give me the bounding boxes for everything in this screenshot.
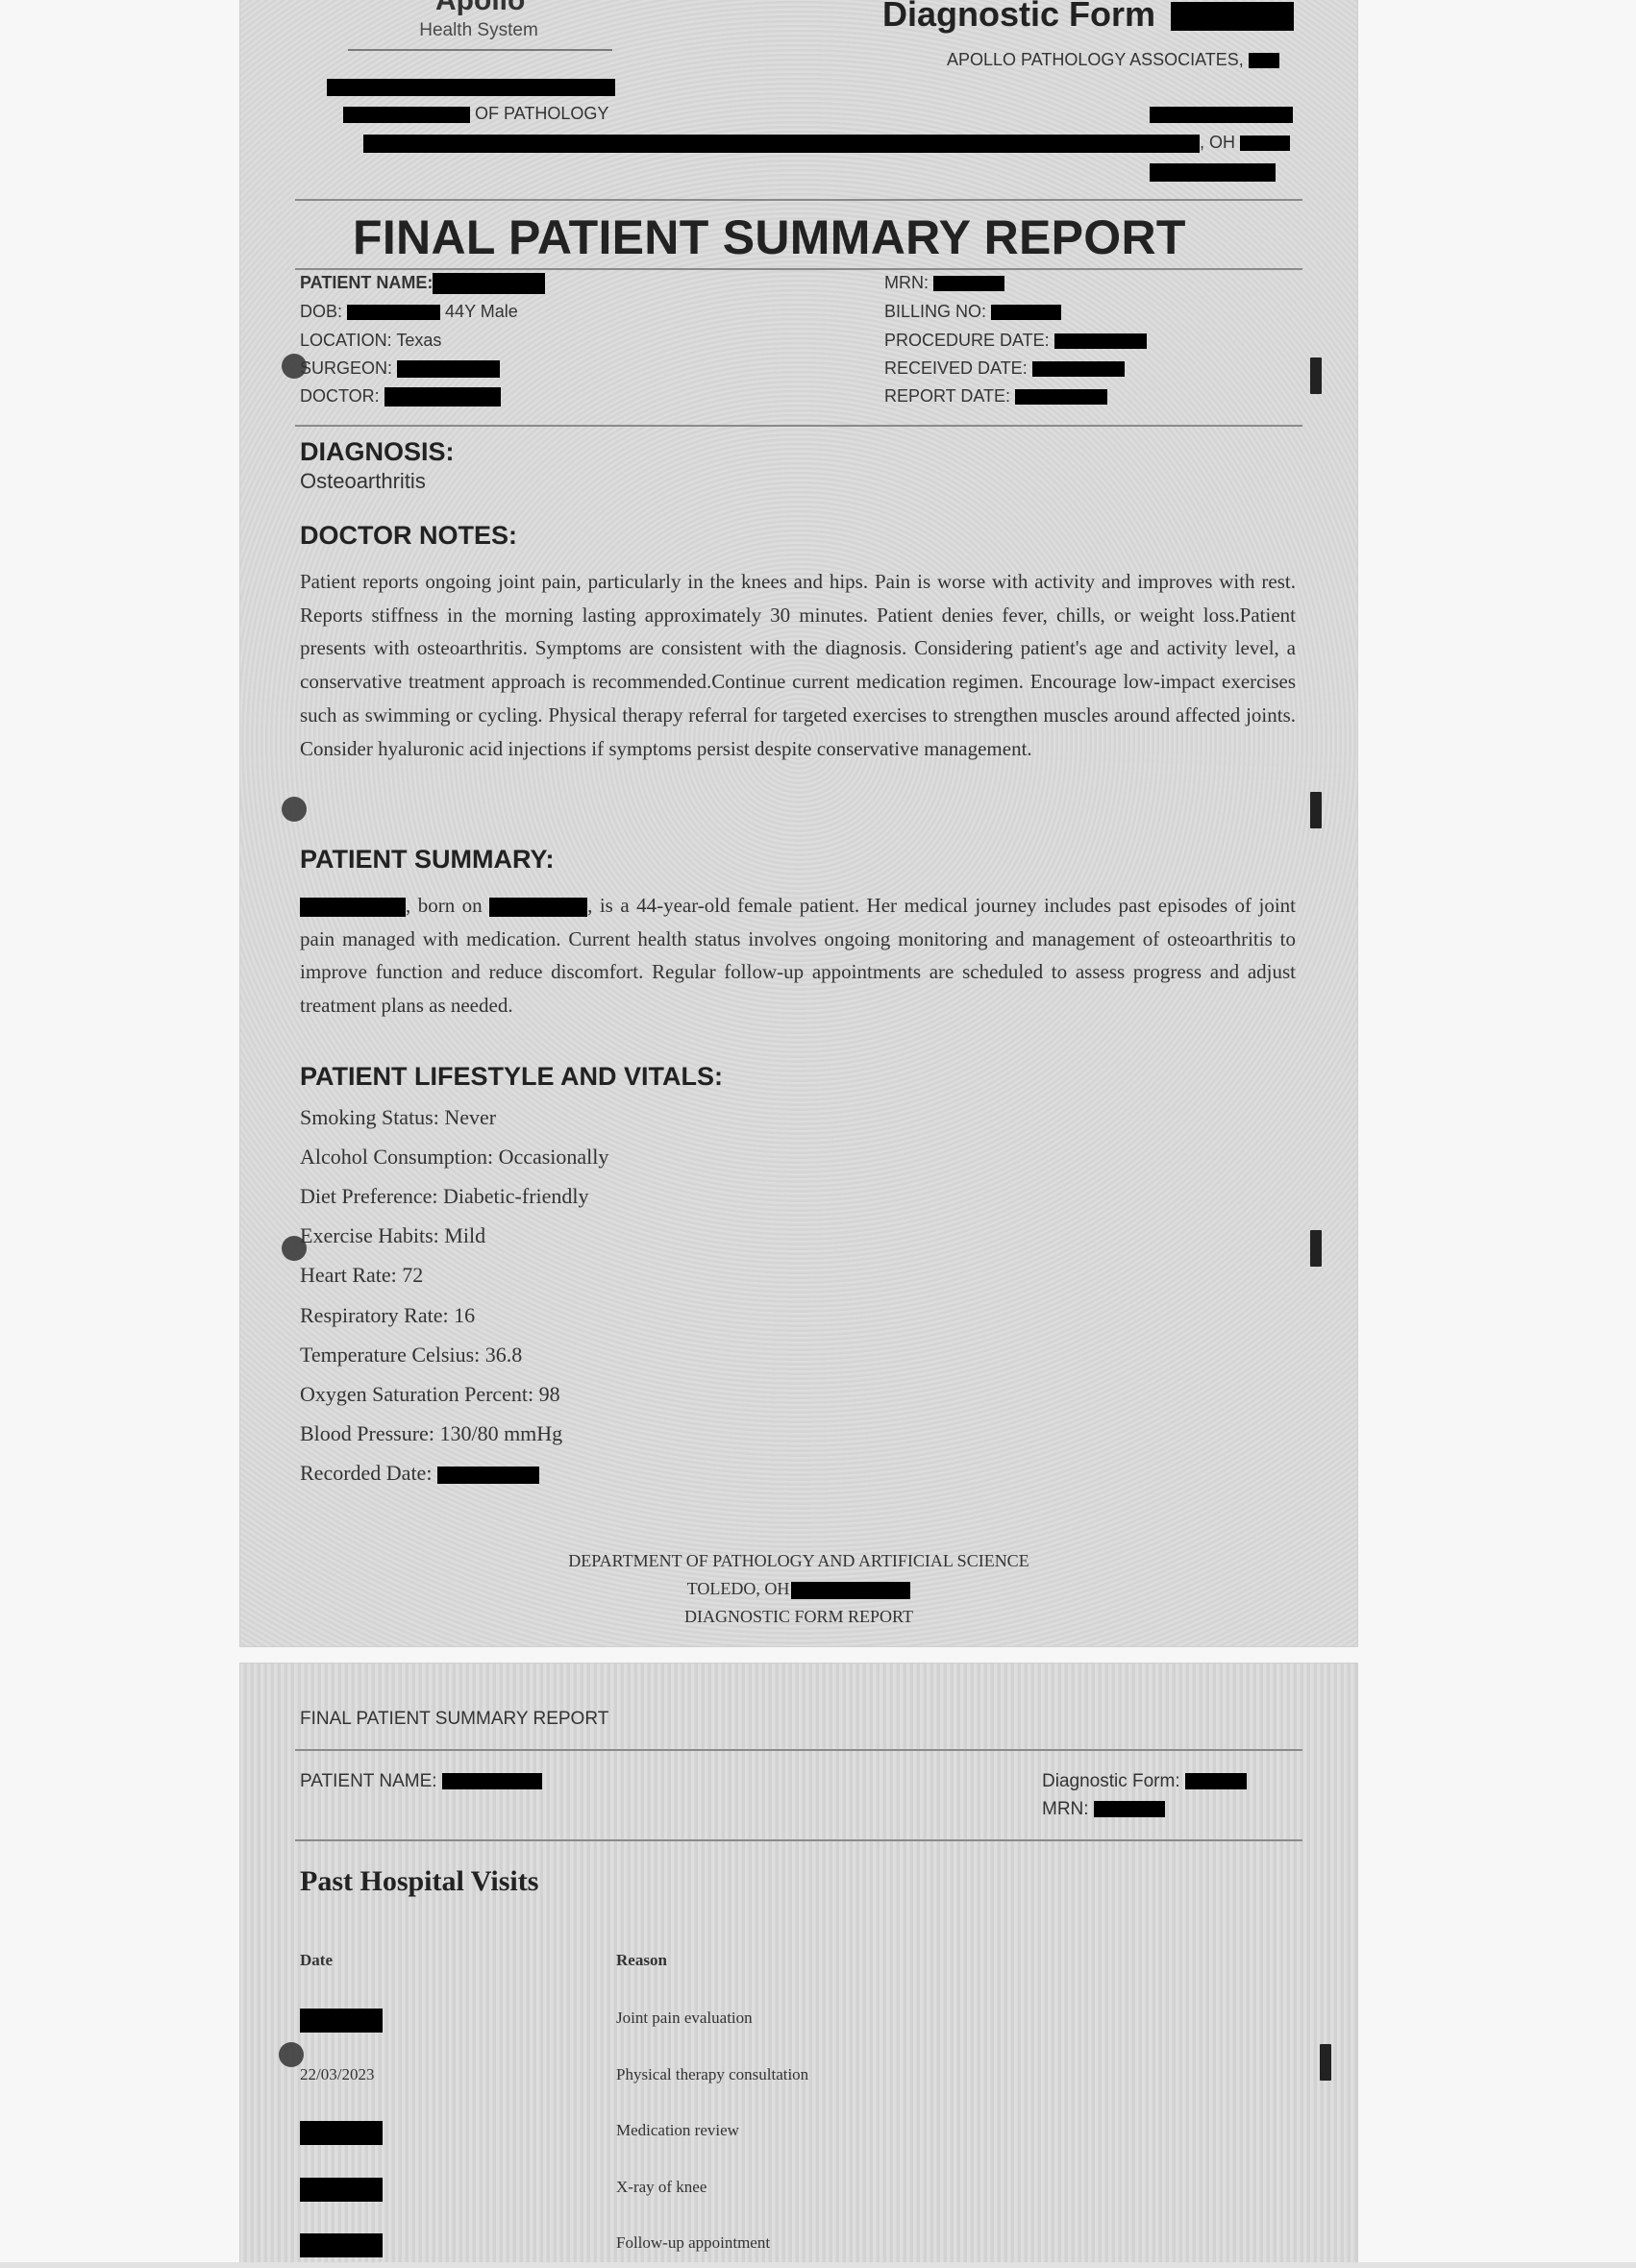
redacted-received-date — [1032, 361, 1125, 377]
surgeon-label: SURGEON: — [300, 358, 392, 378]
vital-value: Occasionally — [499, 1145, 609, 1169]
associates-line: APOLLO PATHOLOGY ASSOCIATES, — [947, 50, 1279, 70]
surgeon-field: SURGEON: — [300, 358, 500, 379]
page2-patient-name-label: PATIENT NAME: — [300, 1771, 437, 1791]
vital-value: 98 — [539, 1382, 560, 1406]
vital-label: Exercise Habits: — [300, 1223, 444, 1247]
redacted-form-number — [1171, 2, 1294, 31]
redacted-visit-date — [300, 2009, 383, 2033]
redacted-procedure-date — [1054, 333, 1147, 349]
patient-summary-text: , born on , is a 44-year-old female pati… — [300, 889, 1296, 1023]
vital-item: Recorded Date: — [300, 1461, 539, 1486]
diagnosis-heading: DIAGNOSIS: — [300, 437, 455, 467]
location-field: LOCATION: Texas — [300, 331, 441, 351]
vital-item: Smoking Status: Never — [300, 1105, 496, 1130]
info-divider — [295, 425, 1302, 427]
past-visits-heading: Past Hospital Visits — [300, 1865, 538, 1898]
punch-hole-mark — [282, 797, 307, 822]
location-value: Texas — [396, 331, 441, 350]
visit-date: 22/03/2023 — [300, 2065, 374, 2084]
page2-header-title: FINAL PATIENT SUMMARY REPORT — [300, 1709, 608, 1730]
vital-value: 72 — [402, 1263, 423, 1287]
page2-diagnostic-form: Diagnostic Form: — [1042, 1771, 1247, 1792]
redacted-page2-name — [442, 1773, 542, 1789]
redacted-zip — [1240, 136, 1290, 151]
vital-label: Diet Preference: — [300, 1184, 443, 1208]
redacted-associates-suffix — [1249, 53, 1279, 68]
scan-registration-mark — [1310, 1230, 1322, 1267]
footer-department: DEPARTMENT OF PATHOLOGY AND ARTIFICIAL S… — [240, 1551, 1357, 1571]
form-title-text: Diagnostic Form — [882, 0, 1155, 34]
visit-reason: Medication review — [616, 2121, 739, 2140]
received-date-field: RECEIVED DATE: — [884, 358, 1125, 379]
redacted-patient-name — [433, 273, 545, 294]
vital-label: Recorded Date: — [300, 1461, 437, 1485]
doctor-label: DOCTOR: — [300, 386, 380, 406]
patient-name-field: PATIENT NAME: — [300, 273, 545, 294]
vital-item: Exercise Habits: Mild — [300, 1223, 485, 1248]
logo-name: Apollo — [435, 0, 522, 17]
redacted-vital-value — [437, 1467, 539, 1484]
redacted-page2-form — [1185, 1773, 1247, 1789]
vital-value: 16 — [454, 1303, 475, 1327]
vital-label: Alcohol Consumption: — [300, 1145, 499, 1169]
page2-info-divider — [295, 1839, 1302, 1841]
vital-item: Temperature Celsius: 36.8 — [300, 1343, 522, 1368]
address-line: , OH — [363, 133, 1290, 153]
procedure-date-field: PROCEDURE DATE: — [884, 331, 1147, 351]
redacted-dept — [343, 107, 470, 123]
report-title: FINAL PATIENT SUMMARY REPORT — [353, 210, 1186, 265]
vital-value: Diabetic-friendly — [443, 1184, 589, 1208]
visit-reason: Physical therapy consultation — [616, 2065, 808, 2084]
location-label: LOCATION: — [300, 331, 392, 350]
redacted-page2-mrn — [1094, 1801, 1165, 1817]
state-suffix: , OH — [1200, 133, 1235, 152]
report-page-1: Apollo Health System OF PATHOLOGY , OH D… — [240, 0, 1357, 1646]
redacted-visit-date — [300, 2121, 383, 2145]
billing-field: BILLING NO: — [884, 302, 1061, 322]
header-divider — [295, 199, 1302, 201]
scan-registration-mark — [1320, 2044, 1331, 2081]
redacted-visit-date — [300, 2178, 383, 2202]
vital-label: Temperature Celsius: — [300, 1343, 485, 1367]
redacted-address — [363, 135, 1200, 153]
page2-diag-form-label: Diagnostic Form: — [1042, 1771, 1180, 1791]
visit-reason: Follow-up appointment — [616, 2233, 770, 2253]
visit-date — [300, 2233, 383, 2257]
vital-label: Smoking Status: — [300, 1105, 444, 1129]
footer-city: TOLEDO, OH — [240, 1579, 1357, 1599]
visit-reason: X-ray of knee — [616, 2178, 706, 2197]
redacted-visit-date — [300, 2233, 383, 2257]
redacted-dob — [347, 305, 440, 320]
visit-date — [300, 2121, 383, 2145]
redacted-surgeon — [397, 360, 500, 378]
mrn-field: MRN: — [884, 273, 1004, 293]
visits-col-date: Date — [300, 1951, 333, 1970]
footer-city-text: TOLEDO, OH — [687, 1579, 790, 1598]
lifestyle-heading: PATIENT LIFESTYLE AND VITALS: — [300, 1062, 723, 1092]
billing-label: BILLING NO: — [884, 302, 986, 321]
redacted-doctor — [384, 387, 501, 407]
vital-value: Never — [444, 1105, 496, 1129]
redacted-report-date — [1015, 389, 1107, 405]
visit-date — [300, 2178, 383, 2202]
visit-date — [300, 2009, 383, 2033]
scan-registration-mark — [1310, 357, 1322, 394]
received-date-label: RECEIVED DATE: — [884, 358, 1028, 378]
dob-field: DOB: 44Y Male — [300, 302, 518, 322]
vital-value: 130/80 mmHg — [439, 1421, 562, 1445]
scan-registration-mark — [1310, 792, 1322, 828]
logo-divider — [348, 49, 612, 51]
redacted-footer-zip — [791, 1582, 910, 1599]
visit-reason: Joint pain evaluation — [616, 2009, 753, 2028]
vital-item: Heart Rate: 72 — [300, 1263, 423, 1288]
viewer-bottom-edge — [0, 2262, 1636, 2268]
vital-label: Blood Pressure: — [300, 1421, 439, 1445]
redacted-right-line-1 — [1150, 107, 1293, 123]
vital-item: Diet Preference: Diabetic-friendly — [300, 1184, 589, 1209]
page2-patient-name: PATIENT NAME: — [300, 1771, 542, 1792]
vital-label: Heart Rate: — [300, 1263, 402, 1287]
dob-label: DOB: — [300, 302, 342, 321]
doctor-notes-text: Patient reports ongoing joint pain, part… — [300, 565, 1296, 765]
vital-label: Oxygen Saturation Percent: — [300, 1382, 539, 1406]
punch-hole-mark — [282, 354, 307, 379]
redacted-mrn — [933, 276, 1004, 291]
page2-mrn-label: MRN: — [1042, 1799, 1089, 1819]
patient-name-label: PATIENT NAME: — [300, 273, 433, 292]
diagnosis-value: Osteoarthritis — [300, 469, 426, 494]
doctor-field: DOCTOR: — [300, 386, 501, 407]
report-date-label: REPORT DATE: — [884, 386, 1010, 406]
punch-hole-mark — [279, 2042, 304, 2067]
vital-value: 36.8 — [485, 1343, 523, 1367]
redacted-summary-name — [300, 898, 406, 917]
dept-suffix: OF PATHOLOGY — [475, 104, 608, 123]
logo-subtitle: Health System — [416, 20, 541, 41]
doctor-notes-heading: DOCTOR NOTES: — [300, 521, 517, 551]
report-date-field: REPORT DATE: — [884, 386, 1107, 407]
redacted-billing — [991, 305, 1061, 320]
redacted-right-line-2 — [1150, 163, 1276, 182]
redacted-summary-dob — [489, 898, 587, 917]
diagnostic-form-title: Diagnostic Form — [882, 0, 1294, 35]
vital-label: Respiratory Rate: — [300, 1303, 454, 1327]
vital-item: Alcohol Consumption: Occasionally — [300, 1145, 608, 1170]
age-sex-value: 44Y Male — [445, 302, 518, 321]
vital-value: Mild — [444, 1223, 485, 1247]
page2-mrn: MRN: — [1042, 1799, 1165, 1820]
page2-header-divider — [295, 1749, 1302, 1751]
vital-item: Oxygen Saturation Percent: 98 — [300, 1382, 560, 1407]
associates-text: APOLLO PATHOLOGY ASSOCIATES, — [947, 50, 1244, 69]
redacted-institution — [327, 79, 615, 96]
mrn-label: MRN: — [884, 273, 929, 292]
footer-report-type: DIAGNOSTIC FORM REPORT — [240, 1607, 1357, 1627]
patient-summary-heading: PATIENT SUMMARY: — [300, 845, 554, 875]
title-divider — [295, 268, 1302, 270]
procedure-date-label: PROCEDURE DATE: — [884, 331, 1050, 350]
vital-item: Respiratory Rate: 16 — [300, 1303, 475, 1328]
report-page-2: FINAL PATIENT SUMMARY REPORT PATIENT NAM… — [240, 1664, 1357, 2262]
vital-item: Blood Pressure: 130/80 mmHg — [300, 1421, 562, 1446]
department-line: OF PATHOLOGY — [343, 104, 608, 124]
summary-born-on: , born on — [406, 894, 489, 917]
visits-col-reason: Reason — [616, 1951, 667, 1970]
